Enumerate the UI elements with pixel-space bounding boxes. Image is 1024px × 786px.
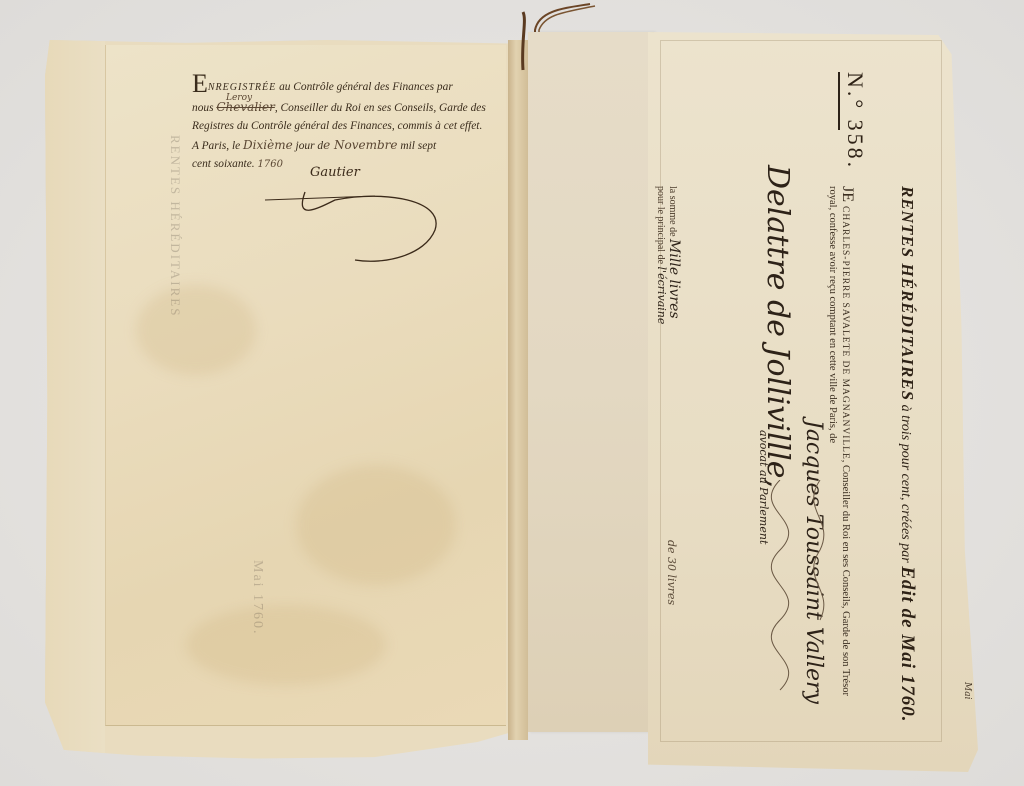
corner-note: Mai	[962, 682, 972, 699]
folded-flap	[528, 32, 654, 732]
registration-line-4: A Paris, le Dixième jour de Novembre mil…	[192, 136, 492, 156]
handwritten-rente-amount: de 30 livres	[665, 540, 678, 605]
handwritten-correction: Leroy	[226, 89, 252, 108]
show-through-title: RENTES HÉRÉDITAIRES	[167, 135, 183, 317]
certificate-title: RENTES HÉRÉDITAIRES à trois pour cent, c…	[896, 186, 918, 723]
stain	[296, 465, 456, 585]
registration-line-2: nous Chevalier, Conseiller du Roi en ses…	[192, 98, 492, 118]
body-line-2: royal, confesse avoir reçu comptant en c…	[827, 186, 838, 443]
registration-line-3: Registres du Contrôle général des Financ…	[192, 117, 492, 136]
certificate-number: N.° 358.	[842, 72, 868, 170]
number-rule	[838, 72, 840, 130]
left-sheet-edge	[45, 40, 105, 760]
stain	[136, 285, 256, 375]
principal-line: pour le principal de l'écrivaine	[655, 186, 668, 324]
stain	[186, 605, 386, 685]
registration-stamp: ENREGISTRÉE au Contrôle général des Fina…	[192, 75, 492, 175]
show-through-date: Mai 1760.	[249, 560, 265, 636]
body-line-1: JE CHARLES-PIERRE SAVALETE DE MAGNANVILL…	[838, 186, 856, 696]
handwritten-amount: Mille livres	[666, 239, 682, 319]
amount-line: la somme de Mille livres	[666, 186, 682, 319]
handwritten-day: Dixième	[243, 138, 293, 152]
handwritten-month: e Novembre	[323, 138, 397, 152]
scroll-flourish-icon	[740, 480, 840, 720]
signature: Gautier	[310, 165, 360, 180]
signature-flourish-icon	[255, 180, 455, 270]
